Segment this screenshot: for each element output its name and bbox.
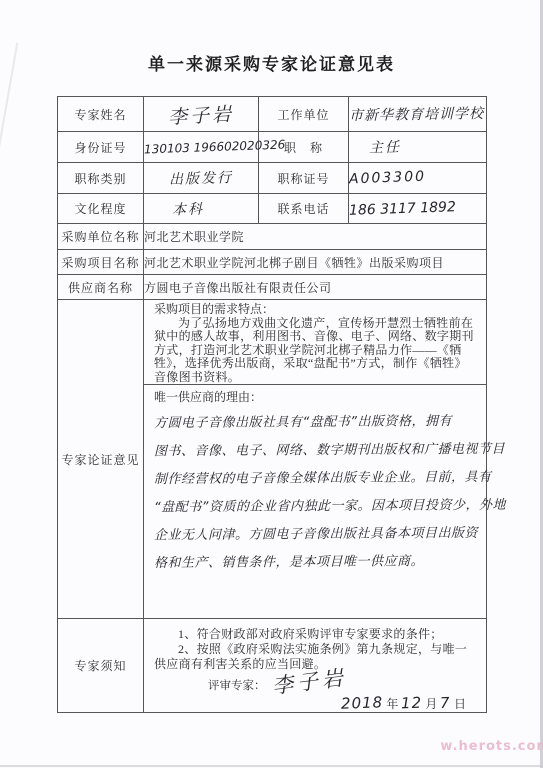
id-number-label: 身份证号 [58, 132, 144, 163]
reviewer-label: 评审专家： [208, 680, 266, 692]
scan-edge-bottom [0, 765, 543, 767]
expert-name-label: 专家姓名 [58, 97, 144, 132]
date-day-suffix: 日 [454, 697, 466, 711]
title-value: 主任 [349, 132, 487, 163]
reason-title: 唯一供应商的理由： [154, 389, 478, 405]
demand-body: 为了弘扬地方戏曲文化遗产，宣传杨开慧烈士牺牲前在狱中的感人故事，利用图书、音像、… [154, 317, 478, 385]
education-label: 文化程度 [58, 194, 144, 224]
expert-name-value: 李子岩 [144, 97, 259, 132]
project-label: 采购项目名称 [58, 250, 144, 275]
reason-handwriting: 方圆电子音像出版社具有“盘配书”出版资格，拥有 图书、音像、电子、网络、数字期刊… [154, 409, 478, 577]
date-line: 2018 年 12 月 7 日 [154, 696, 476, 712]
row-expert-name: 专家姓名 李子岩 工作单位 市新华教育培训学校 [58, 97, 487, 132]
project-value: 河北艺术职业学院河北梆子剧目《牺牲》出版采购项目 [144, 250, 487, 275]
reason-line: 方圆电子音像出版社具有“盘配书”出版资格，拥有 [154, 408, 452, 438]
date-year-suffix: 年 [386, 697, 398, 711]
reason-cell: 唯一供应商的理由： 方圆电子音像出版社具有“盘配书”出版资格，拥有 图书、音像、… [144, 385, 487, 619]
phone-value: 186 3117 1892 [349, 194, 487, 224]
row-id-number: 身份证号 130103 196602020326 职 称 主任 [58, 132, 487, 163]
notice-item-1: 1、符合财政部对政府采购评审专家要求的条件； [154, 627, 476, 642]
opinion-label: 专家论证意见 [58, 300, 144, 619]
date-month: 12 [401, 696, 423, 712]
reason-line: 企业无人问津。方圆电子音像出版社具备本项目出版资 [154, 520, 478, 550]
notice-item-2: 2、按照《政府采购法实施条例》第九条规定，与唯一供应商有利害关系的应当回避。 [154, 642, 476, 672]
date-month-suffix: 月 [425, 697, 437, 711]
purchaser-label: 采购单位名称 [58, 224, 144, 250]
row-education: 文化程度 本科 联系电话 186 3117 1892 [58, 194, 487, 224]
notice-cell: 1、符合财政部对政府采购评审专家要求的条件； 2、按照《政府采购法实施条例》第九… [144, 619, 487, 713]
row-purchaser: 采购单位名称 河北艺术职业学院 [58, 224, 487, 250]
reason-line: 格和生产、销售条件，是本项目唯一供应商。 [154, 548, 424, 578]
row-notice: 专家须知 1、符合财政部对政府采购评审专家要求的条件； 2、按照《政府采购法实施… [58, 619, 487, 713]
education-value: 本科 [144, 194, 259, 224]
purchaser-value: 河北艺术职业学院 [144, 224, 487, 250]
title-category-value: 出版发行 [144, 163, 259, 194]
work-unit-value: 市新华教育培训学校 [349, 97, 487, 132]
title-cert-value: A003300 [349, 163, 487, 194]
row-demand: 专家论证意见 采购项目的需求特点： 为了弘扬地方戏曲文化遗产，宣传杨开慧烈士牺牲… [58, 300, 487, 385]
row-supplier: 供应商名称 方圆电子音像出版社有限责任公司 [58, 275, 487, 300]
date-year: 2018 [341, 695, 384, 711]
reason-line: “盘配书”资质的企业省内独此一家。因本项目投资少，外地 [154, 492, 506, 522]
reason-line: 图书、音像、电子、网络、数字期刊出版权和广播电视节目 [154, 436, 505, 466]
date-day: 7 [440, 696, 451, 711]
title-category-label: 职称类别 [58, 163, 144, 194]
demand-cell: 采购项目的需求特点： 为了弘扬地方戏曲文化遗产，宣传杨开慧烈士牺牲前在狱中的感人… [144, 300, 487, 385]
reason-line: 制作经营权的电子音像全媒体出版专业企业。目前，具有 [154, 464, 492, 494]
reviewer-line: 评审专家：李子岩 [154, 675, 476, 694]
reviewer-signature: 李子岩 [271, 670, 347, 694]
phone-label: 联系电话 [259, 194, 349, 224]
id-number-value: 130103 196602020326 [144, 132, 259, 163]
row-project: 采购项目名称 河北艺术职业学院河北梆子剧目《牺牲》出版采购项目 [58, 250, 487, 275]
scanned-document-page: 单一来源采购专家论证意见表 专家姓名 李子岩 工作单位 市新华教育培训学校 身份… [0, 0, 543, 768]
work-unit-label: 工作单位 [259, 97, 349, 132]
watermark: w.herots.com [440, 739, 543, 754]
supplier-value: 方圆电子音像出版社有限责任公司 [144, 275, 487, 300]
opinion-form-table: 专家姓名 李子岩 工作单位 市新华教育培训学校 身份证号 130103 1966… [57, 96, 487, 713]
page-title: 单一来源采购专家论证意见表 [0, 50, 543, 75]
row-title-category: 职称类别 出版发行 职称证号 A003300 [58, 163, 487, 194]
supplier-label: 供应商名称 [58, 275, 144, 300]
title-cert-label: 职称证号 [259, 163, 349, 194]
notice-label: 专家须知 [58, 619, 144, 713]
demand-title: 采购项目的需求特点： [154, 303, 478, 317]
